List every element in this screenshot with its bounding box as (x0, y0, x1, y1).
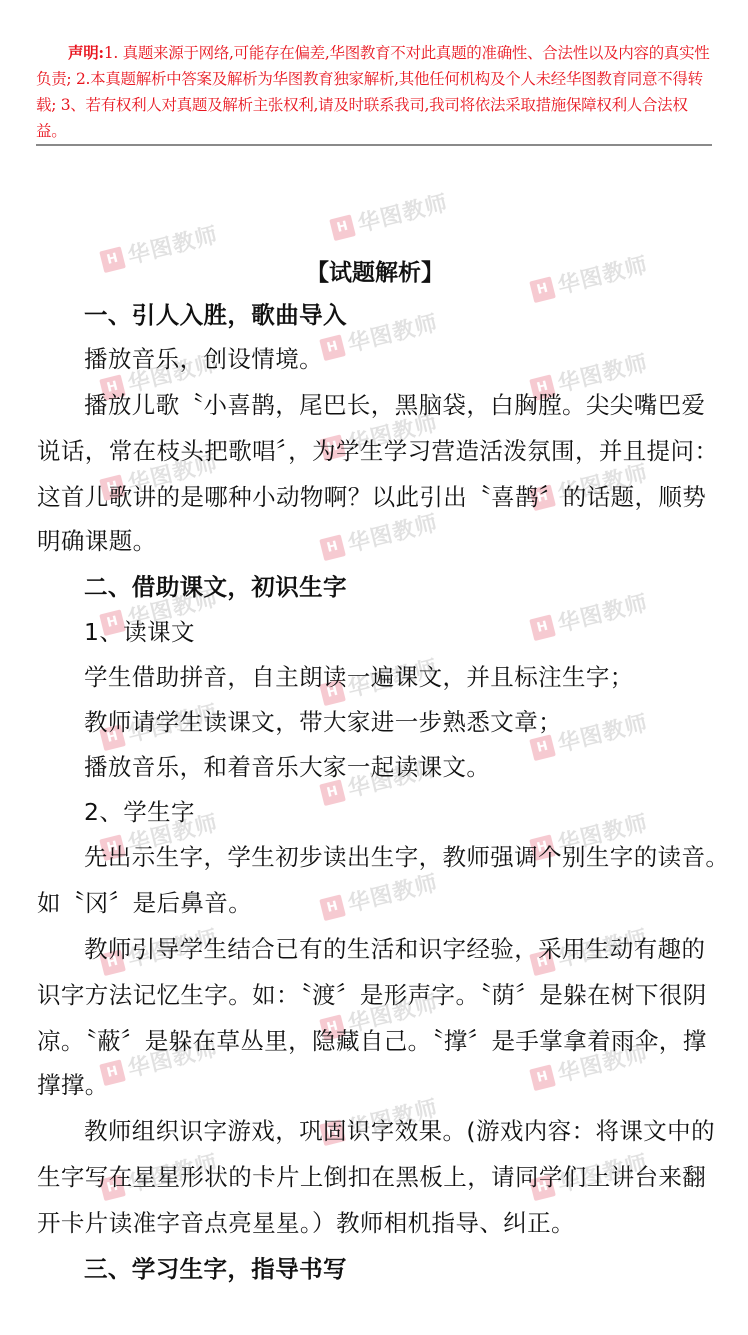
watermark-logo-icon: H (329, 214, 356, 241)
paragraph-line: 教师组织识字游戏，巩固识字效果。(游戏内容：将课文中的 (84, 1112, 715, 1146)
watermark: H华图教师 (328, 186, 451, 245)
paragraph-line: 开卡片读准字音点亮星星。）教师相机指导、纠正。 (37, 1204, 575, 1238)
watermark-logo-icon: H (319, 334, 346, 361)
paragraph-line: 播放音乐，和着音乐大家一起读课文。 (84, 748, 490, 782)
watermark: H华图教师 (318, 506, 441, 565)
paragraph-line: 播放音乐，创设情境。 (84, 340, 323, 374)
page-title: 【试题解析】 (37, 254, 713, 287)
watermark-text: 华图教师 (344, 866, 441, 918)
paragraph-line: 生字写在星星形状的卡片上倒扣在黑板上，请同学们上讲台来翻 (37, 1158, 706, 1192)
watermark: H华图教师 (318, 866, 441, 925)
paragraph-line: 明确课题。 (37, 522, 157, 556)
divider (36, 144, 712, 146)
watermark-text: 华图教师 (554, 706, 651, 758)
paragraph-line: 先出示生字，学生初步读出生字，教师强调个别生字的读音。 (84, 838, 729, 872)
paragraph-line: 撑撑。 (37, 1066, 109, 1100)
section-heading-3: 三、学习生字，指导书写 (84, 1250, 347, 1284)
paragraph-line: 播放儿歌〝小喜鹊，尾巴长，黑脑袋，白胸膛。尖尖嘴巴爱 (84, 386, 705, 420)
watermark-text: 华图教师 (344, 506, 441, 558)
paragraph-line: 教师请学生读课文，带大家进一步熟悉文章； (84, 703, 562, 737)
watermark-logo-icon: H (529, 1064, 556, 1091)
paragraph-line: 如〝冈〞是后鼻音。 (37, 884, 252, 918)
watermark-logo-icon: H (319, 534, 346, 561)
paragraph-line: 教师引导学生结合已有的生活和识字经验，采用生动有趣的 (84, 930, 705, 964)
paragraph-line: 凉。〝蔽〞是躲在草丛里，隐藏自己。〝撑〞是手掌拿着雨伞，撑 (37, 1022, 707, 1056)
watermark: H华图教师 (528, 586, 651, 645)
section-heading-2: 二、借助课文，初识生字 (84, 568, 347, 602)
watermark-logo-icon: H (319, 894, 346, 921)
watermark-text: 华图教师 (354, 186, 451, 238)
watermark-logo-icon: H (529, 614, 556, 641)
notice-text: 1. 真题来源于网络,可能存在偏差,华图教育不对此真题的准确性、合法性以及内容的… (36, 44, 710, 140)
notice-lead: 声明: (68, 43, 104, 62)
watermark-text: 华图教师 (554, 586, 651, 638)
paragraph-line: 这首儿歌讲的是哪种小动物啊？以此引出〝喜鹊〞的话题，顺势 (37, 478, 706, 512)
watermark-logo-icon: H (529, 734, 556, 761)
section-heading-1: 一、引人入胜，歌曲导入 (84, 296, 347, 330)
paragraph-line: 说话，常在枝头把歌唱〞，为学生学习营造活泼氛围，并且提问： (37, 432, 718, 466)
watermark-text: 华图教师 (344, 306, 441, 358)
copyright-notice: 声明:1. 真题来源于网络,可能存在偏差,华图教育不对此真题的准确性、合法性以及… (36, 40, 712, 144)
subheading-2: 2、学生字 (84, 793, 195, 827)
paragraph-line: 学生借助拼音，自主朗读一遍课文，并且标注生字； (84, 658, 634, 692)
paragraph-line: 识字方法记忆生字。如：〝渡〞是形声字。〝荫〞是躲在树下很阴 (37, 976, 707, 1010)
watermark-logo-icon: H (319, 779, 346, 806)
subheading-1: 1、读课文 (84, 613, 195, 647)
